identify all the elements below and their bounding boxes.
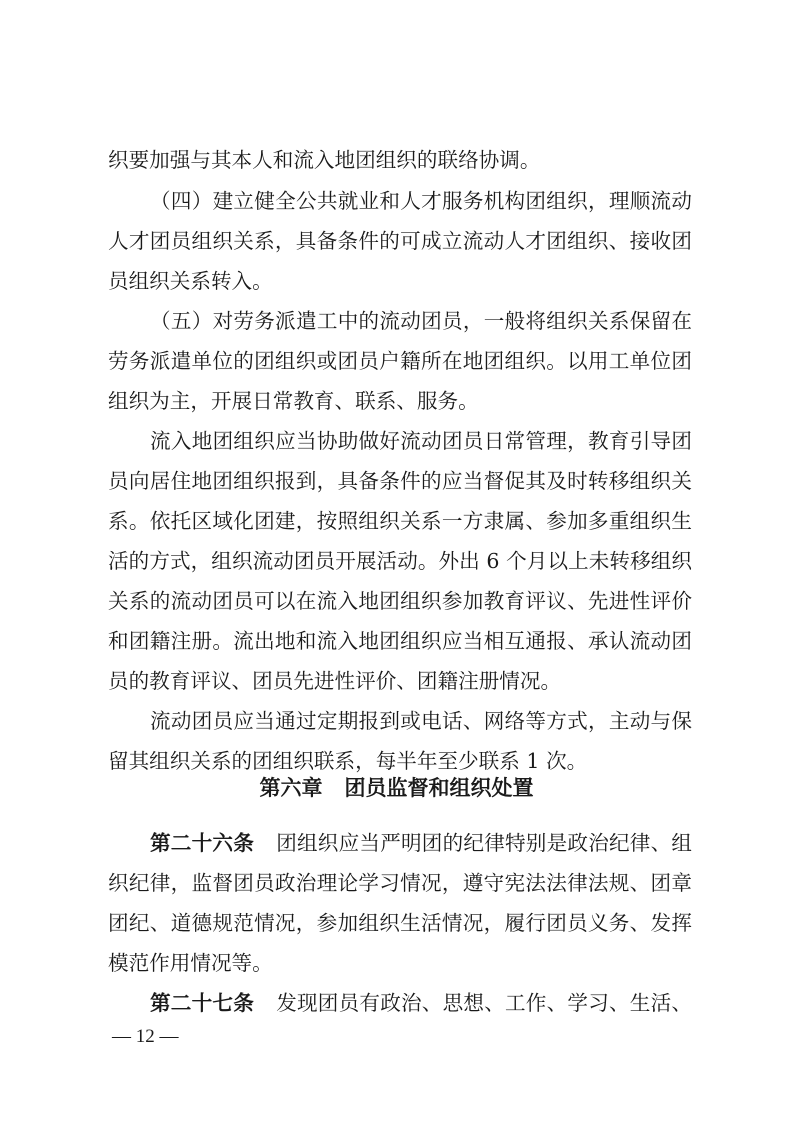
article-line: 模范作用情况等。 [108,943,692,983]
article-line: 织纪律，监督团员政治理论学习情况，遵守宪法法律法规、团章 [108,863,692,903]
article-text: 团组织应当严明团的纪律特别是政治纪律、组 [276,831,692,855]
article-line: 团纪、道德规范情况，参加组织生活情况，履行团员义务、发挥 [108,903,692,943]
paragraph-line: 员组织关系转入。 [108,261,692,301]
paragraph-line: 流入地团组织应当协助做好流动团员日常管理，教育引导团 [150,421,692,461]
page-number: — 12 — [112,1024,179,1050]
article-label: 第二十六条 [150,831,254,855]
paragraph-line: 织要加强与其本人和流入地团组织的联络协调。 [108,140,692,180]
paragraph-line: 活的方式，组织流动团员开展活动。外出 6 个月以上未转移组织 [108,541,692,581]
paragraph-line: 员的教育评议、团员先进性评价、团籍注册情况。 [108,661,692,701]
paragraph-line: 员向居住地团组织报到，具备条件的应当督促其及时转移组织关 [108,461,692,501]
article-label: 第二十七条 [150,991,254,1015]
paragraph-line: 和团籍注册。流出地和流入地团组织应当相互通报、承认流动团 [108,621,692,661]
chapter-title: 团员监督和组织处置 [345,776,534,800]
chapter-heading: 第六章团员监督和组织处置 [0,768,793,808]
paragraph-line: 系。依托区域化团建，按照组织关系一方隶属、参加多重组织生 [108,501,692,541]
paragraph-line: （四）建立健全公共就业和人才服务机构团组织，理顺流动 [150,181,692,221]
chapter-number: 第六章 [260,776,323,800]
article-line: 第二十六条团组织应当严明团的纪律特别是政治纪律、组 [150,823,692,863]
document-page: 织要加强与其本人和流入地团组织的联络协调。 （四）建立健全公共就业和人才服务机构… [0,0,793,1123]
paragraph-line: 流动团员应当通过定期报到或电话、网络等方式，主动与保 [150,701,692,741]
paragraph-line: 劳务派遣单位的团组织或团员户籍所在地团组织。以用工单位团 [108,341,692,381]
paragraph-line: 人才团员组织关系，具备条件的可成立流动人才团组织、接收团 [108,221,692,261]
article-text: 发现团员有政治、思想、工作、学习、生活、 [276,991,692,1015]
paragraph-line: （五）对劳务派遣工中的流动团员，一般将组织关系保留在 [150,301,692,341]
paragraph-line: 关系的流动团员可以在流入地团组织参加教育评议、先进性评价 [108,581,692,621]
article-line: 第二十七条发现团员有政治、思想、工作、学习、生活、 [150,983,692,1023]
paragraph-line: 组织为主，开展日常教育、联系、服务。 [108,381,692,421]
